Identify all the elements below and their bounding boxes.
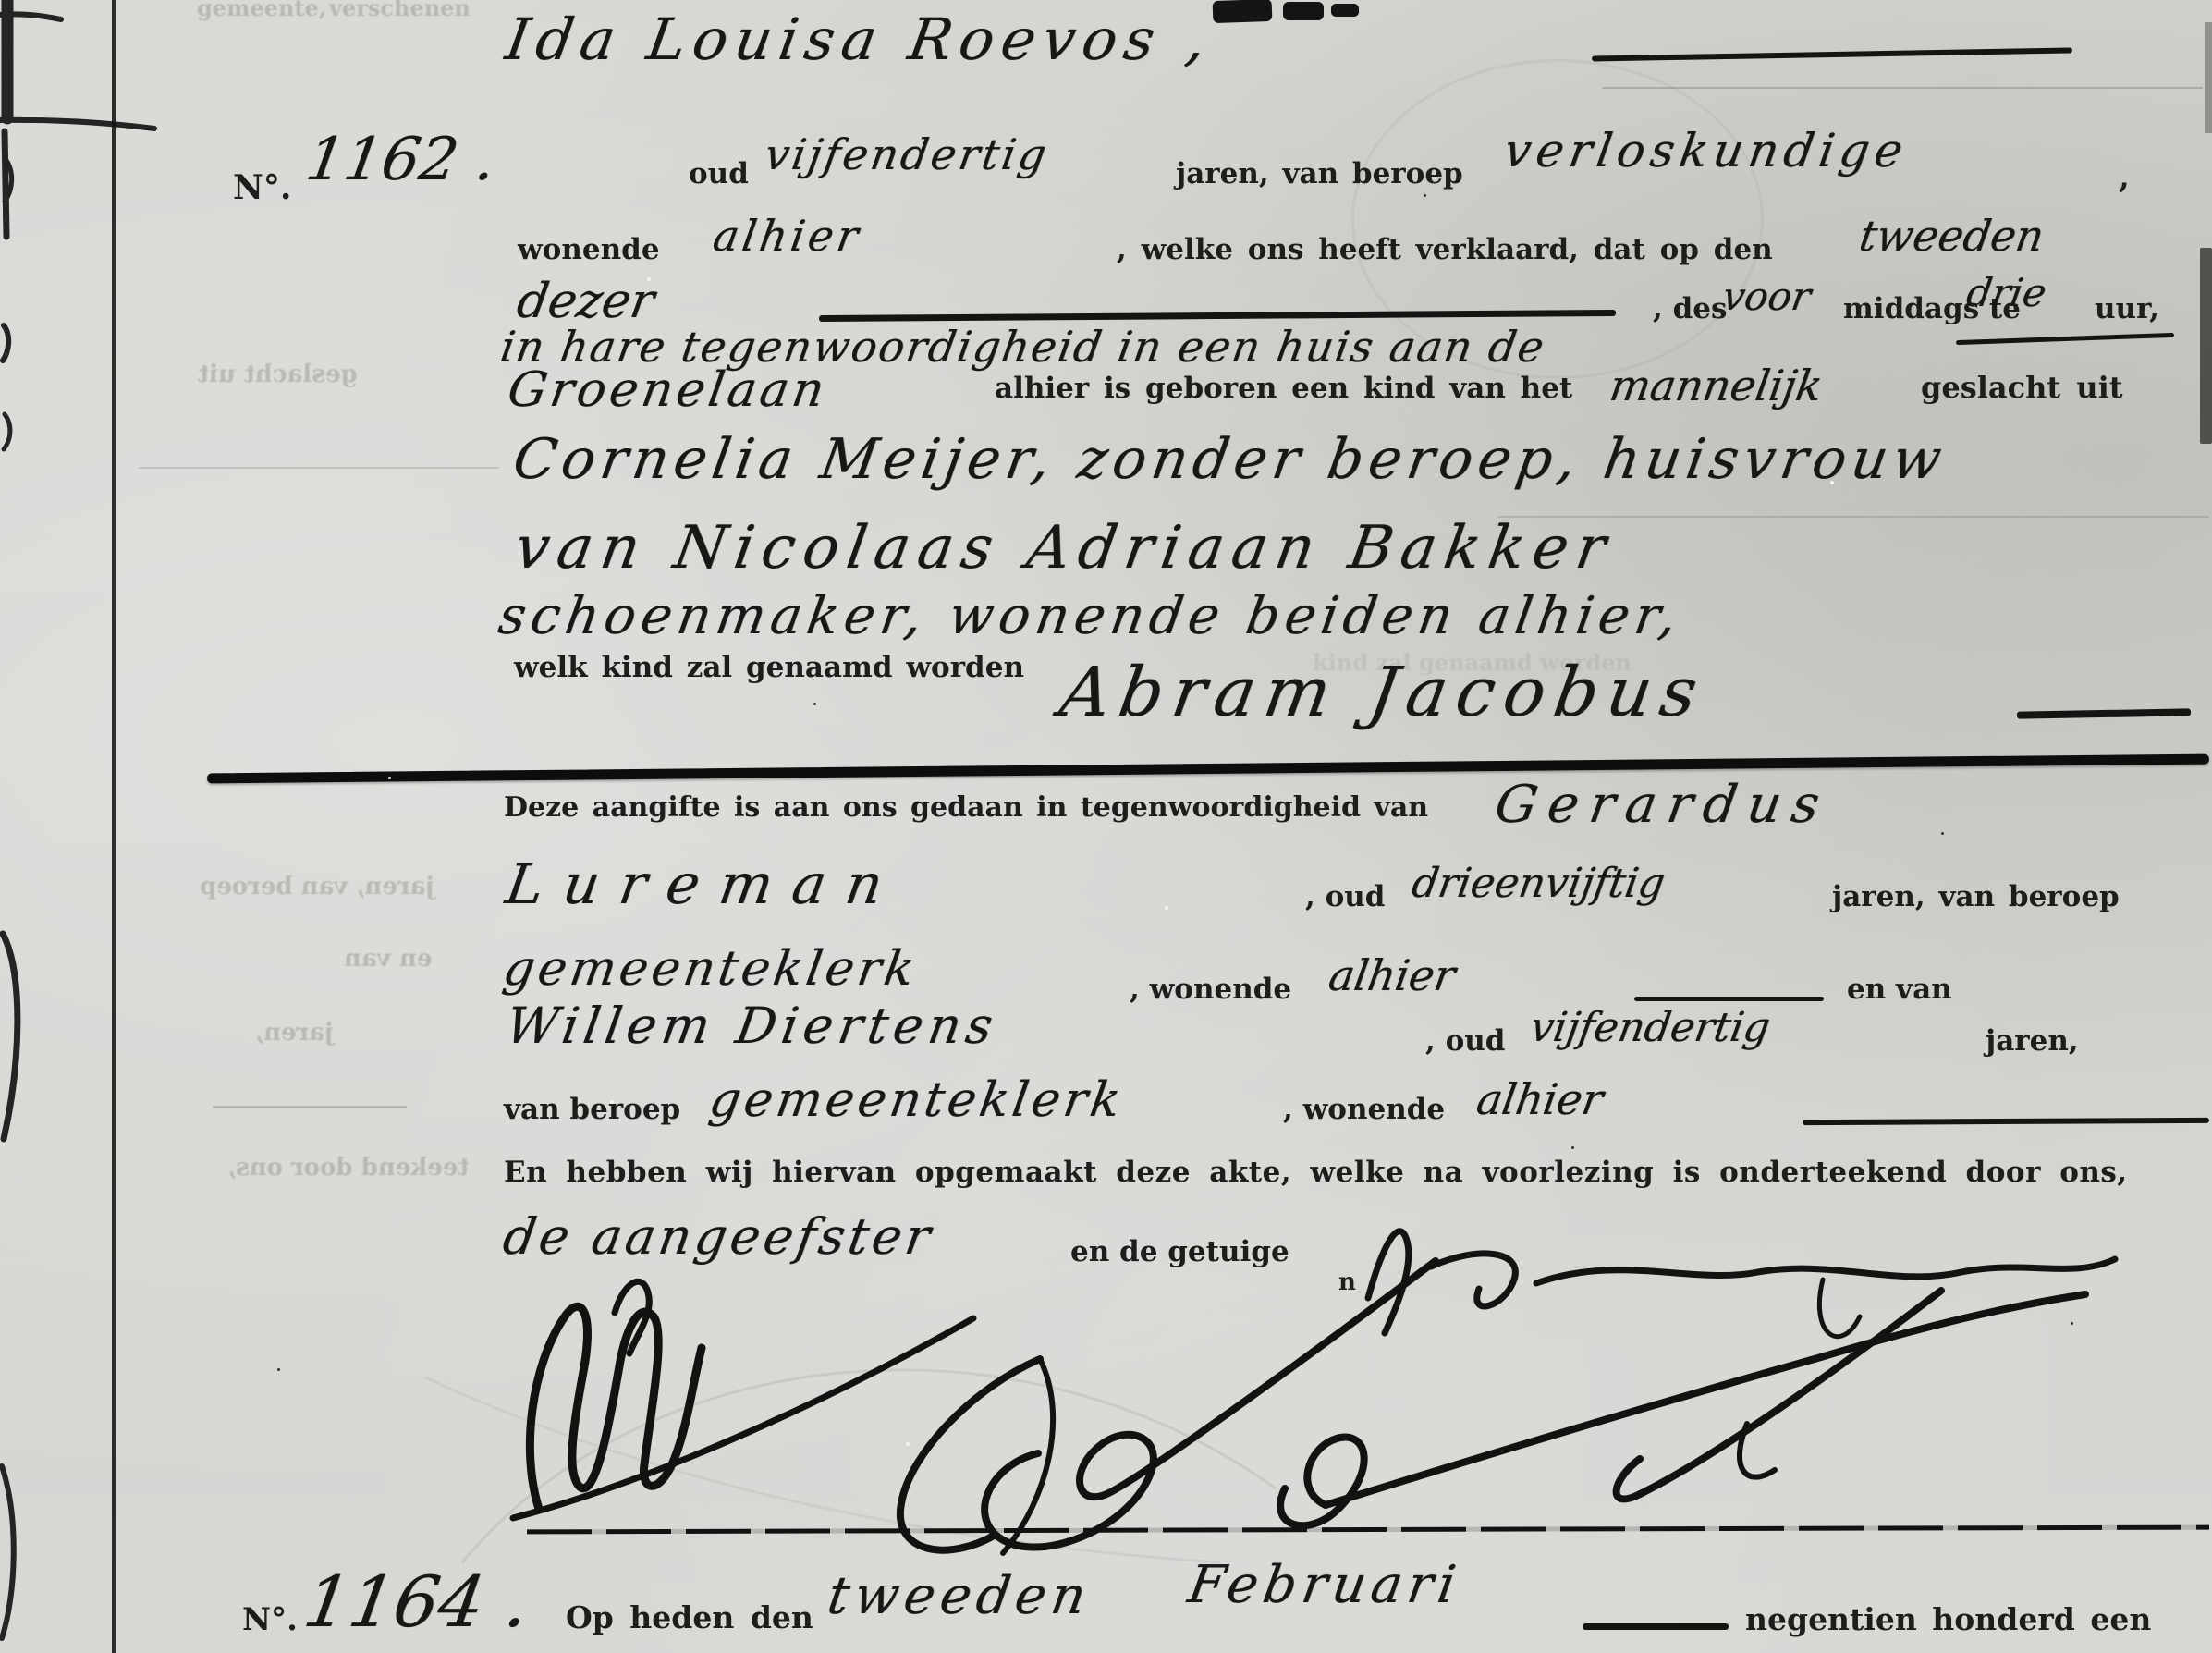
father-name-line: van Nicolaas Adriaan Bakker bbox=[510, 514, 1619, 582]
printed-geslacht-uit: geslacht uit bbox=[1921, 370, 2123, 405]
witness2-profession: gemeenteklerk bbox=[705, 1072, 1128, 1128]
printed-jaren-van-beroep: jaren, van beroep bbox=[1176, 157, 1463, 190]
ghost-geslacht-uit: geslacht uit bbox=[198, 361, 358, 388]
printed-des: , des bbox=[1653, 292, 1727, 325]
printed-van-beroep: van beroep bbox=[504, 1093, 680, 1126]
top-edge-cut-text-blob bbox=[1213, 0, 1370, 24]
printed-wonende: wonende bbox=[518, 233, 660, 266]
ghost-margin-jaren-beroep: jaren, van beroep bbox=[200, 873, 434, 900]
witness1-first-name: Gerardus bbox=[1491, 775, 1835, 835]
birth-hour: drie bbox=[1963, 270, 2049, 315]
right-edge-shadow-2 bbox=[2205, 22, 2212, 133]
father-profession-line: schoenmaker, wonende beiden alhier, bbox=[495, 586, 1686, 646]
printed-jaren-2: jaren, bbox=[1986, 1024, 2079, 1058]
trailing-comma-1: , bbox=[2119, 159, 2130, 196]
printed-witness-intro: Deze aangifte is aan ons gedaan in tegen… bbox=[504, 791, 1428, 824]
act2-number-value: 1164 . bbox=[299, 1561, 535, 1643]
signature-registrar bbox=[1229, 1257, 2117, 1544]
thick-section-rule bbox=[207, 754, 2209, 784]
birth-act-scan: gemeente, verschenen geslacht uit jaren,… bbox=[0, 0, 2212, 1653]
witness2-name: Willem Diertens bbox=[502, 997, 1002, 1055]
witness1-residence: alhier bbox=[1326, 950, 1459, 1000]
hw-dezer: dezer bbox=[513, 274, 658, 329]
printed-year: negentien honderd een bbox=[1745, 1601, 2151, 1637]
declarant-residence: alhier bbox=[710, 211, 865, 261]
printed-oud-2: , oud bbox=[1305, 880, 1385, 913]
faint-line-2 bbox=[139, 467, 499, 469]
printed-wonende-2: , wonende bbox=[1130, 973, 1291, 1006]
witness1-profession: gemeenteklerk bbox=[499, 941, 922, 997]
child-name: Abram Jacobus bbox=[1055, 653, 1711, 732]
rule-aan-de bbox=[1956, 333, 2174, 345]
street-name: Groenelaan bbox=[504, 362, 831, 418]
printed-oud: oud bbox=[689, 157, 749, 190]
birth-day-word: tweeden bbox=[1856, 211, 2047, 261]
printed-jaren-van-beroep-2: jaren, van beroep bbox=[1832, 880, 2120, 913]
rule-witness2-residence bbox=[1803, 1118, 2209, 1125]
printed-alhier-geboren: alhier is geboren een kind van het bbox=[995, 372, 1572, 405]
witness2-residence: alhier bbox=[1473, 1074, 1607, 1124]
witness2-age: vijfendertig bbox=[1527, 1004, 1773, 1051]
printed-en-van: en van bbox=[1847, 973, 1952, 1006]
witness1-age: drieenvijftig bbox=[1409, 860, 1668, 907]
ghost-top-left-b: verschenen bbox=[329, 0, 471, 21]
mother-name-line: Cornelia Meijer, zonder beroep, huisvrou… bbox=[508, 427, 1950, 492]
ghost-margin-door-ons: teekend door ons, bbox=[227, 1154, 469, 1182]
printed-oud-3: , oud bbox=[1425, 1024, 1505, 1058]
rule-before-year bbox=[1583, 1623, 1729, 1630]
act-number-value: 1162 . bbox=[301, 126, 500, 194]
printed-op-heden-den: Op heden den bbox=[566, 1599, 813, 1635]
declarant-name-header: Ida Louisa Roevos , bbox=[501, 6, 1217, 73]
declarant-age: vijfendertig bbox=[762, 129, 1053, 179]
act2-month: Februari bbox=[1184, 1555, 1465, 1615]
faint-line-4 bbox=[213, 1106, 407, 1108]
rule-after-name bbox=[1592, 47, 2072, 61]
child-gender: mannelijk bbox=[1607, 361, 1827, 410]
ghost-margin-jaren: jaren, bbox=[255, 1019, 333, 1047]
act2-day: tweeden bbox=[824, 1566, 1095, 1626]
rule-after-child-name bbox=[2017, 708, 2191, 718]
rule-witness1-residence bbox=[1634, 997, 1824, 1001]
printed-uur: uur, bbox=[2095, 292, 2159, 325]
act2-number-label: N°. bbox=[242, 1601, 298, 1638]
witness1-last-name: Lureman bbox=[501, 852, 907, 917]
ghost-margin-en-van: en van bbox=[344, 945, 432, 973]
ghost-top-left-a: gemeente, bbox=[197, 0, 326, 21]
printed-closing: En hebben wij hiervan opgemaakt deze akt… bbox=[504, 1156, 2128, 1189]
left-edge-marks bbox=[0, 0, 166, 1653]
printed-named-label: welk kind zal genaamd worden bbox=[514, 651, 1024, 684]
act-number-label: N°. bbox=[233, 168, 291, 207]
printed-verklaard: , welke ons heeft verklaard, dat op den bbox=[1117, 233, 1773, 266]
right-edge-shadow-1 bbox=[2200, 248, 2212, 444]
printed-wonende-3: , wonende bbox=[1283, 1093, 1445, 1126]
faint-line-1 bbox=[1602, 87, 2203, 89]
declarant-profession: verloskundige bbox=[1500, 124, 1912, 178]
hw-voor: voor bbox=[1719, 274, 1814, 319]
